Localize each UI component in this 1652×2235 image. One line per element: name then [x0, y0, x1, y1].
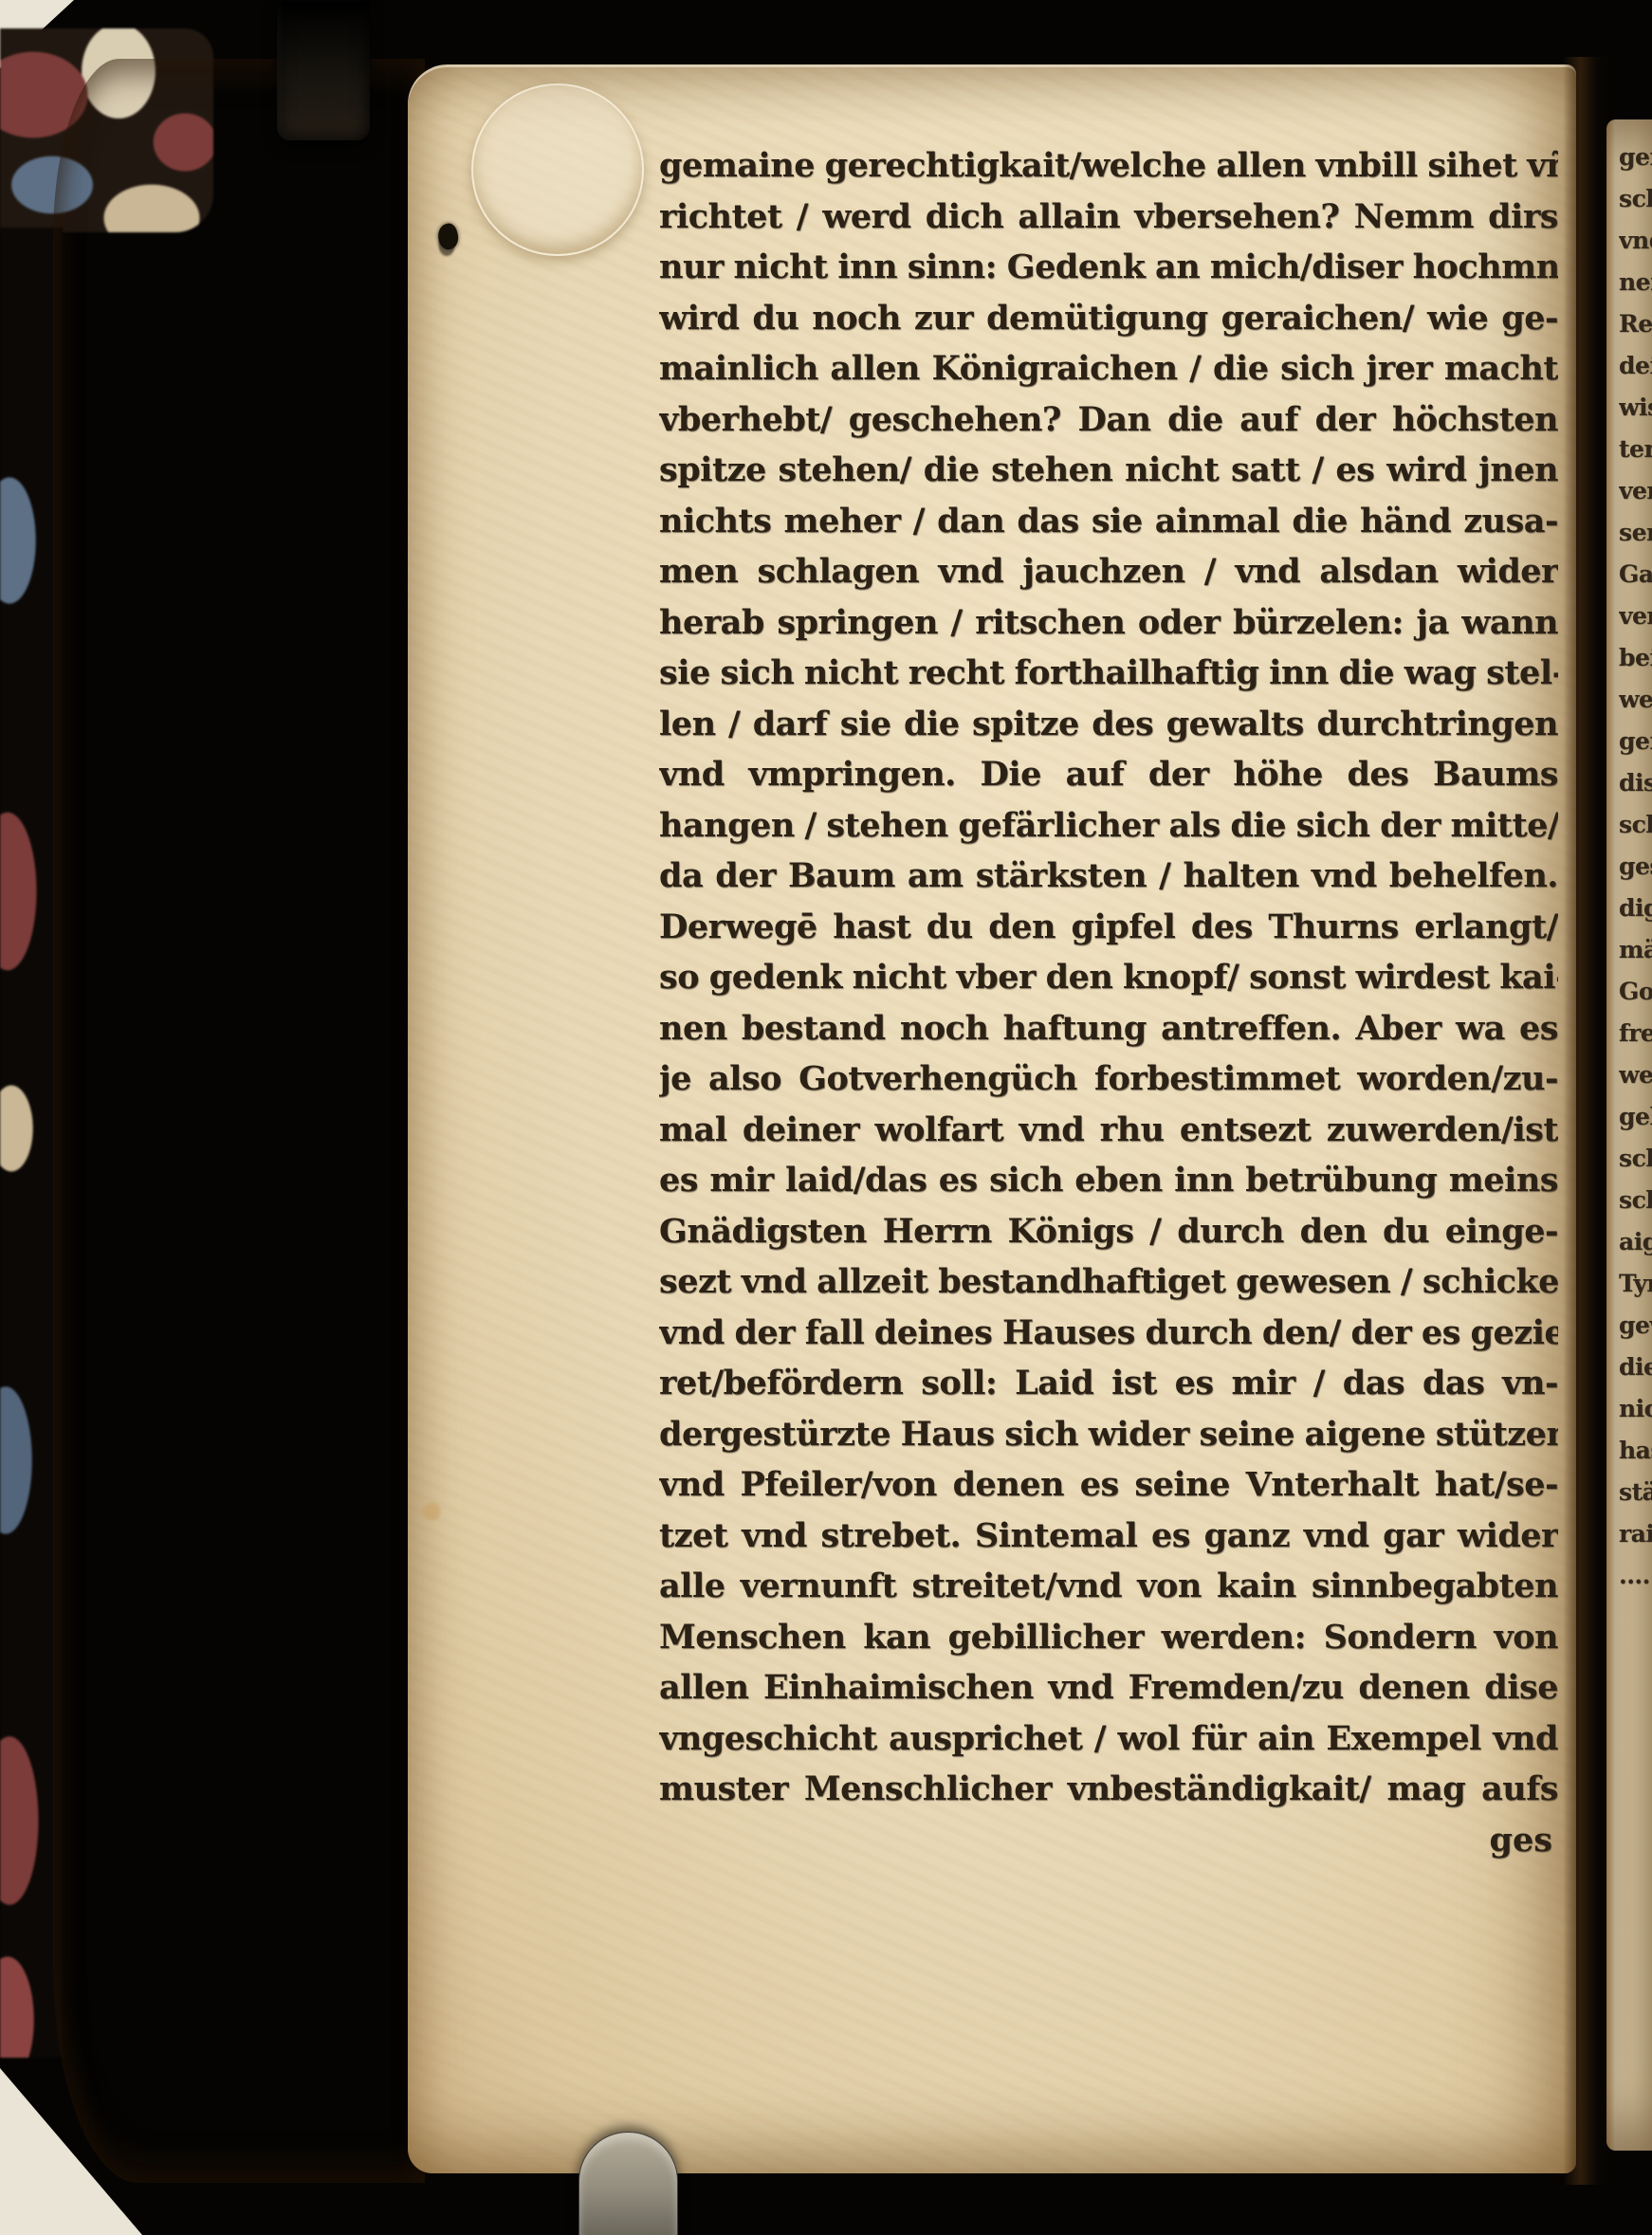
adjacent-page-fragment: deiner [1619, 345, 1652, 387]
adjacent-page-fragment: bei du [1619, 637, 1652, 679]
adjacent-page-fragment: gewin [1619, 1305, 1652, 1346]
text-line: nen bestand noch haftung antreffen. Aber… [659, 1003, 1558, 1054]
adjacent-page-fragment: dissen [1619, 762, 1652, 804]
text-line: Gnädigsten Herrn Königs / durch den du e… [659, 1206, 1558, 1257]
adjacent-page-fragment: ständ [1619, 1472, 1652, 1513]
adjacent-page-fragment: scheng [1619, 178, 1652, 220]
adjacent-page-fragment: frevels [1619, 1013, 1652, 1054]
adjacent-page-fragment: wende [1619, 1054, 1652, 1096]
paper-stain [419, 1501, 444, 1522]
text-line: dergestürzte Haus sich wider seine aigen… [659, 1409, 1558, 1460]
adjacent-page-fragment: gelüsti [1619, 1096, 1652, 1138]
adjacent-page-fragment: raize [1619, 1513, 1652, 1555]
text-line: len / darf sie die spitze des gewalts du… [659, 699, 1558, 750]
text-line: mainlich allen Königraichen / die sich j… [659, 343, 1558, 394]
adjacent-page-fragment: verpl [1619, 595, 1652, 637]
book-page: gemaine gerechtigkait/welche allen vnbil… [408, 64, 1576, 2173]
adjacent-page-fragment: Gaist [1619, 554, 1652, 595]
text-line: allen Einhaimischen vnd Fremden/zu denen… [659, 1662, 1558, 1713]
adjacent-page-fragment: weg d [1619, 679, 1652, 721]
text-line: mal deiner wolfart vnd rhu entsezt zuwer… [659, 1105, 1558, 1156]
adjacent-page-fragment: ten ni [1619, 429, 1652, 470]
adjacent-page-fragment: digren [1619, 888, 1652, 929]
adjacent-page-fragment: genoñ [1619, 137, 1652, 178]
adjacent-page-fragment: scheinl [1619, 1138, 1652, 1180]
text-line: nur nicht inn sinn: Gedenk an mich/diser… [659, 242, 1558, 293]
text-line: alle vernunft streitet/vnd von kain sinn… [659, 1561, 1558, 1612]
adjacent-page-fragment: Got in [1619, 971, 1652, 1013]
adjacent-page-fragment: gestlic [1619, 846, 1652, 888]
text-line: gemaine gerechtigkait/welche allen vnbil… [659, 140, 1558, 192]
text-line: da der Baum am stärksten / halten vnd be… [659, 851, 1558, 902]
text-line: je also Gotverhengüch forbestimmet worde… [659, 1053, 1558, 1105]
catchword: ges [659, 1815, 1558, 1866]
text-line: ret/befördern soll: Laid ist es mir / da… [659, 1358, 1558, 1409]
adjacent-page-fragment: vnd be [1619, 220, 1652, 262]
text-line: vngeschicht ausprichet / wol für ain Exe… [659, 1713, 1558, 1765]
gutter-shadow [1563, 57, 1612, 2185]
round-translucent-sticker [471, 83, 644, 256]
text-line: Derwegē hast du den gipfel des Thurns er… [659, 902, 1558, 953]
text-line: sezt vnd allzeit bestandhaftiget gewesen… [659, 1256, 1558, 1308]
page-text-block: gemaine gerechtigkait/welche allen vnbil… [659, 140, 1558, 1865]
text-line: vnd vmpringen. Die auf der höhe des Baum… [659, 749, 1558, 800]
book-fore-edge-page-stack [53, 59, 425, 2183]
text-line: vberhebt/ geschehen? Dan die auf der höc… [659, 394, 1558, 446]
text-line: nichts meher / dan das sie ainmal die hä… [659, 496, 1558, 547]
adjacent-page-fragment: aigene [1619, 1221, 1652, 1263]
text-line: sie sich nicht recht forthailhaftig inn … [659, 648, 1558, 699]
adjacent-page-fragment: nen/di [1619, 262, 1652, 303]
text-line: so gedenk nicht vber den knopf/ sonst wi… [659, 952, 1558, 1003]
ink-blot [435, 222, 461, 252]
clasp-strap-bottom [578, 2132, 678, 2235]
text-line: muster Menschlicher vnbeständigkait/ mag… [659, 1764, 1558, 1815]
adjacent-page-fragment: Reich [1619, 303, 1652, 345]
text-line: richtet / werd dich allain vbersehen? Ne… [659, 192, 1558, 243]
adjacent-page-fragment: Tyran [1619, 1263, 1652, 1305]
adjacent-page-fragment: die G [1619, 1346, 1652, 1388]
text-line: men schlagen vnd jauchzen / vnd alsdan w… [659, 546, 1558, 597]
adjacent-page-fragment: schaid [1619, 804, 1652, 846]
adjacent-page-fragment: .... [1619, 1555, 1652, 1597]
bookmark-strap-top [277, 0, 370, 140]
adjacent-page-fragment: hast: [1619, 1430, 1652, 1472]
text-line: tzet vnd strebet. Sintemal es ganz vnd g… [659, 1511, 1558, 1562]
text-line: wird du noch zur demütigung geraichen/ w… [659, 293, 1558, 344]
adjacent-page-fragment: nicht [1619, 1388, 1652, 1430]
adjacent-page-fragment: mäsen [1619, 929, 1652, 971]
text-line: hangen / stehen gefärlicher als die sich… [659, 800, 1558, 852]
adjacent-page-text-column: genoñ scheng vnd be nen/di Reich deiner … [1619, 137, 1652, 1597]
text-line: spitze stehen/ die stehen nicht satt / e… [659, 445, 1558, 496]
adjacent-page-edge: genoñ scheng vnd be nen/di Reich deiner … [1606, 119, 1652, 2151]
text-line: vnd der fall deines Hauses durch den/ de… [659, 1308, 1558, 1359]
adjacent-page-fragment: wisen [1619, 387, 1652, 429]
adjacent-page-fragment: verlez [1619, 470, 1652, 512]
text-line: herab springen / ritschen oder bürzelen:… [659, 597, 1558, 649]
adjacent-page-fragment: schenb [1619, 1180, 1652, 1221]
adjacent-page-fragment: sen / [1619, 512, 1652, 554]
text-line: vnd Pfeiler/von denen es seine Vnterhalt… [659, 1459, 1558, 1511]
book-photograph: gemaine gerechtigkait/welche allen vnbil… [0, 0, 1652, 2235]
text-line: es mir laid/das es sich eben inn betrübu… [659, 1155, 1558, 1206]
adjacent-page-fragment: gen a [1619, 721, 1652, 762]
text-line: Menschen kan gebillicher werden: Sondern… [659, 1612, 1558, 1663]
